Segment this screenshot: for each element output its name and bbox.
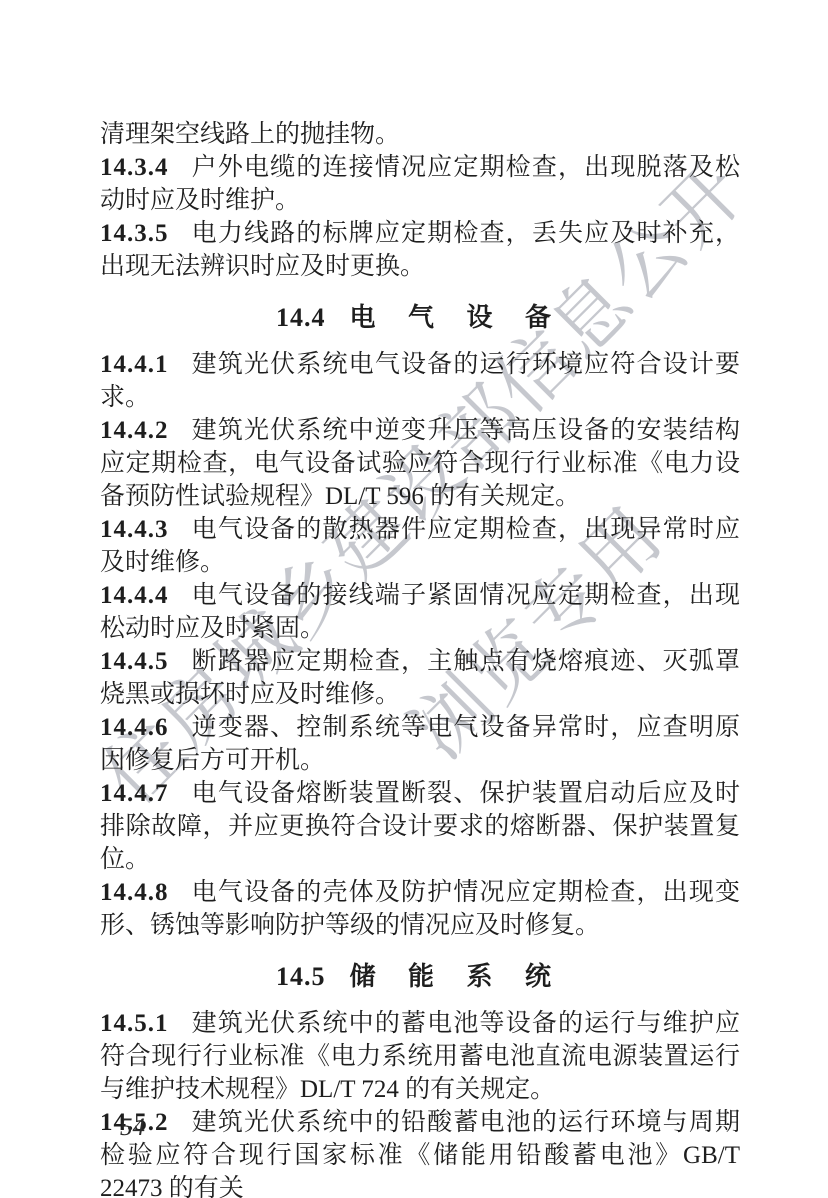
section-heading: 14.4电 气 设 备	[100, 301, 740, 334]
clause-text: 户外电缆的连接情况应定期检查，出现脱落及松动时应及时维护。	[100, 154, 740, 214]
clause-text: 建筑光伏系统中的蓄电池等设备的运行与维护应符合现行行业标准《电力系统用蓄电池直流…	[100, 1010, 740, 1103]
continuation-text: 清理架空线路上的抛挂物。	[100, 118, 740, 151]
clause: 14.5.1建筑光伏系统中的蓄电池等设备的运行与维护应符合现行行业标准《电力系统…	[100, 1007, 740, 1106]
clause: 14.4.8电气设备的壳体及防护情况应定期检查，出现变形、锈蚀等影响防护等级的情…	[100, 876, 740, 942]
clause-number: 14.4.7	[100, 780, 169, 807]
page-content: 清理架空线路上的抛挂物。14.3.4户外电缆的连接情况应定期检查，出现脱落及松动…	[100, 118, 740, 1198]
clause: 14.4.2建筑光伏系统中逆变升压等高压设备的安装结构应定期检查，电气设备试验应…	[100, 414, 740, 513]
clause-text: 电气设备的接线端子紧固情况应定期检查，出现松动时应及时紧固。	[100, 582, 740, 642]
clause: 14.4.1建筑光伏系统电气设备的运行环境应符合设计要求。	[100, 348, 740, 414]
clause: 14.4.3电气设备的散热器件应定期检查，出现异常时应及时维修。	[100, 513, 740, 579]
section-heading-number: 14.5	[276, 962, 326, 991]
clause: 14.4.4电气设备的接线端子紧固情况应定期检查，出现松动时应及时紧固。	[100, 579, 740, 645]
section-heading-number: 14.4	[276, 303, 326, 332]
clause-number: 14.4.2	[100, 417, 169, 444]
clause-text: 建筑光伏系统电气设备的运行环境应符合设计要求。	[100, 351, 740, 411]
section-heading: 14.5储 能 系 统	[100, 960, 740, 993]
clause-number: 14.3.4	[100, 154, 169, 181]
clause-number: 14.3.5	[100, 220, 169, 247]
clause-text: 电气设备的壳体及防护情况应定期检查，出现变形、锈蚀等影响防护等级的情况应及时修复…	[100, 879, 740, 939]
section-heading-title: 储 能 系 统	[349, 962, 564, 991]
page-number: 54	[120, 1114, 145, 1142]
clause: 14.4.6逆变器、控制系统等电气设备异常时，应查明原因修复后方可开机。	[100, 711, 740, 777]
clause-number: 14.4.8	[100, 879, 169, 906]
clause: 14.5.2建筑光伏系统中的铅酸蓄电池的运行环境与周期检验应符合现行国家标准《储…	[100, 1106, 740, 1198]
clause-number: 14.4.4	[100, 582, 169, 609]
clause-text: 建筑光伏系统中的铅酸蓄电池的运行环境与周期检验应符合现行国家标准《储能用铅酸蓄电…	[100, 1109, 740, 1198]
clause: 14.4.5断路器应定期检查，主触点有烧熔痕迹、灭弧罩烧黑或损坏时应及时维修。	[100, 645, 740, 711]
clause-number: 14.4.1	[100, 351, 169, 378]
clause-number: 14.4.3	[100, 516, 169, 543]
section-heading-title: 电 气 设 备	[349, 303, 564, 332]
clause: 14.3.4户外电缆的连接情况应定期检查，出现脱落及松动时应及时维护。	[100, 151, 740, 217]
clause: 14.4.7电气设备熔断装置断裂、保护装置启动后应及时排除故障，并应更换符合设计…	[100, 777, 740, 876]
document-page: 住房城乡建设部信息公开 浏览专用 清理架空线路上的抛挂物。14.3.4户外电缆的…	[0, 0, 828, 1198]
clause-text: 逆变器、控制系统等电气设备异常时，应查明原因修复后方可开机。	[100, 714, 740, 774]
clause-text: 建筑光伏系统中逆变升压等高压设备的安装结构应定期检查，电气设备试验应符合现行行业…	[100, 417, 740, 510]
clause-number: 14.4.5	[100, 648, 169, 675]
clause-number: 14.4.6	[100, 714, 169, 741]
clause-text: 电力线路的标牌应定期检查，丢失应及时补充，出现无法辨识时应及时更换。	[100, 220, 740, 280]
clause-text: 断路器应定期检查，主触点有烧熔痕迹、灭弧罩烧黑或损坏时应及时维修。	[100, 648, 740, 708]
clause-number: 14.5.1	[100, 1010, 169, 1037]
clause: 14.3.5电力线路的标牌应定期检查，丢失应及时补充，出现无法辨识时应及时更换。	[100, 217, 740, 283]
clause-text: 电气设备熔断装置断裂、保护装置启动后应及时排除故障，并应更换符合设计要求的熔断器…	[100, 780, 740, 873]
clause-text: 电气设备的散热器件应定期检查，出现异常时应及时维修。	[100, 516, 740, 576]
